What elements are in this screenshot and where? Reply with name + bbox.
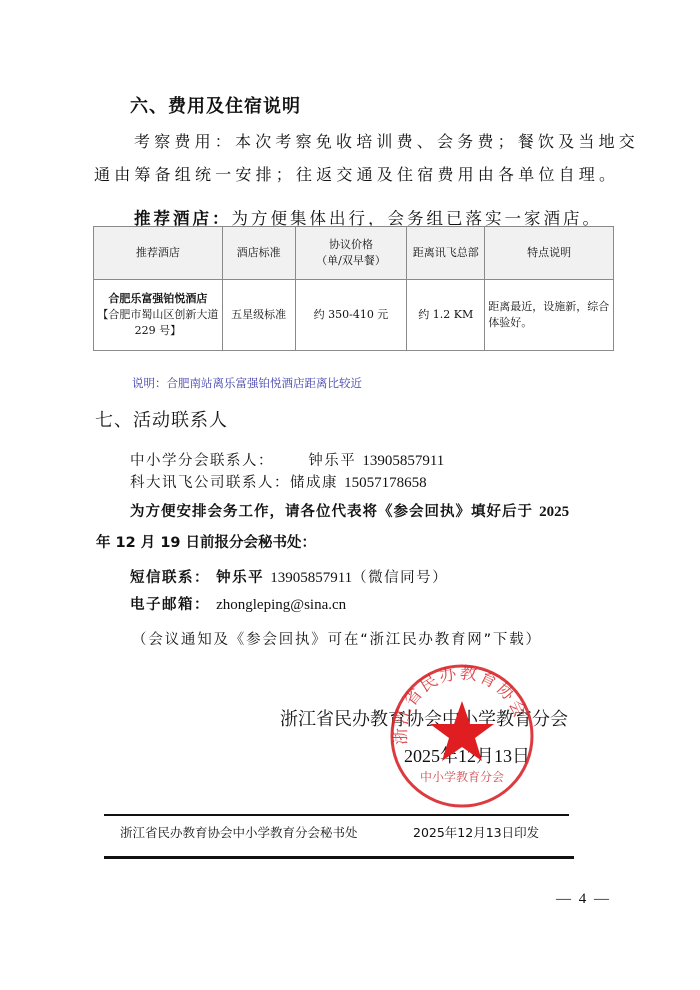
header-price-line1: 协议价格 [299, 237, 404, 253]
sms-phone: 13905857911 [270, 570, 352, 586]
contact-1: 中小学分会联系人： 钟乐平 13905857911 [130, 449, 444, 470]
sms-contact: 短信联系： 钟乐平 13905857911（微信同号） [130, 566, 448, 587]
contact-2-name: 储成康 [290, 475, 338, 491]
stamp-inner-text: 中小学教育分会 [420, 769, 504, 784]
hotel-table: 推荐酒店 酒店标准 协议价格 （单/双早餐） 距离讯飞总部 特点说明 合肥乐富强… [93, 226, 614, 351]
hotel-note: 说明：合肥南站离乐富强铂悦酒店距离比较近 [132, 375, 362, 391]
email-label: 电子邮箱： [130, 597, 210, 613]
contact-1-phone: 13905857911 [362, 453, 444, 469]
header-feature: 特点说明 [485, 227, 614, 280]
sms-name: 钟乐平 [216, 570, 264, 586]
footer-issue-date: 2025年12月13日印发 [413, 823, 539, 841]
hotel-address: 【合肥市蜀山区创新大道 229 号】 [97, 307, 219, 339]
footer-rule-bottom [104, 856, 574, 859]
reply-line-2: 年 12 月 19 日前报分会秘书处： [96, 531, 316, 552]
reply-line-1: 为方便安排会务工作，请各位代表将《参会回执》填好后于 2025 [130, 500, 569, 521]
section-heading-contacts: 七、活动联系人 [95, 406, 228, 432]
email-contact: 电子邮箱： zhongleping@sina.cn [130, 593, 346, 614]
table-header-row: 推荐酒店 酒店标准 协议价格 （单/双早餐） 距离讯飞总部 特点说明 [94, 227, 614, 280]
contact-1-name: 钟乐平 [308, 453, 356, 469]
header-price: 协议价格 （单/双早餐） [295, 227, 407, 280]
fee-paragraph-line-2: 通由筹备组统一安排；往返交通及住宿费用由各单位自理。 [94, 162, 619, 185]
fee-paragraph-line-1: 考察费用：本次考察免收培训费、会务费；餐饮及当地交 [134, 129, 639, 152]
contact-2: 科大讯飞公司联系人：储成康 15057178658 [130, 471, 427, 492]
contact-2-label: 科大讯飞公司联系人： [130, 475, 290, 491]
page-number: — 4 — [556, 891, 611, 908]
hotel-name: 合肥乐富强铂悦酒店 [97, 291, 219, 307]
reply-line-1-text: 为方便安排会务工作，请各位代表将《参会回执》填好后于 [130, 504, 533, 520]
email-link[interactable]: zhongleping@sina.cn [216, 597, 346, 613]
contact-1-label: 中小学分会联系人： [130, 453, 274, 469]
header-standard: 酒店标准 [222, 227, 295, 280]
reply-line-1-year: 2025 [539, 504, 569, 520]
footer-rule-top [104, 814, 569, 816]
cell-feature: 距离最近，设施新，综合体验好。 [485, 280, 614, 351]
header-hotel: 推荐酒店 [94, 227, 223, 280]
cell-price: 约 350-410 元 [295, 280, 407, 351]
header-distance: 距离讯飞总部 [407, 227, 485, 280]
official-seal-icon: 浙江省民办教育协会 中小学教育分会 [389, 663, 535, 809]
contact-2-phone: 15057178658 [344, 475, 427, 491]
section-heading-fees: 六、费用及住宿说明 [130, 92, 301, 118]
download-note: （会议通知及《参会回执》可在“浙江民办教育网”下载） [132, 628, 542, 649]
sms-label: 短信联系： [130, 570, 210, 586]
footer-issuer: 浙江省民办教育协会中小学教育分会秘书处 [120, 823, 358, 841]
sms-note: （微信同号） [352, 570, 448, 586]
cell-hotel: 合肥乐富强铂悦酒店 【合肥市蜀山区创新大道 229 号】 [94, 280, 223, 351]
header-price-line2: （单/双早餐） [299, 253, 404, 269]
table-row: 合肥乐富强铂悦酒店 【合肥市蜀山区创新大道 229 号】 五星级标准 约 350… [94, 280, 614, 351]
cell-distance: 约 1.2 KM [407, 280, 485, 351]
cell-standard: 五星级标准 [222, 280, 295, 351]
